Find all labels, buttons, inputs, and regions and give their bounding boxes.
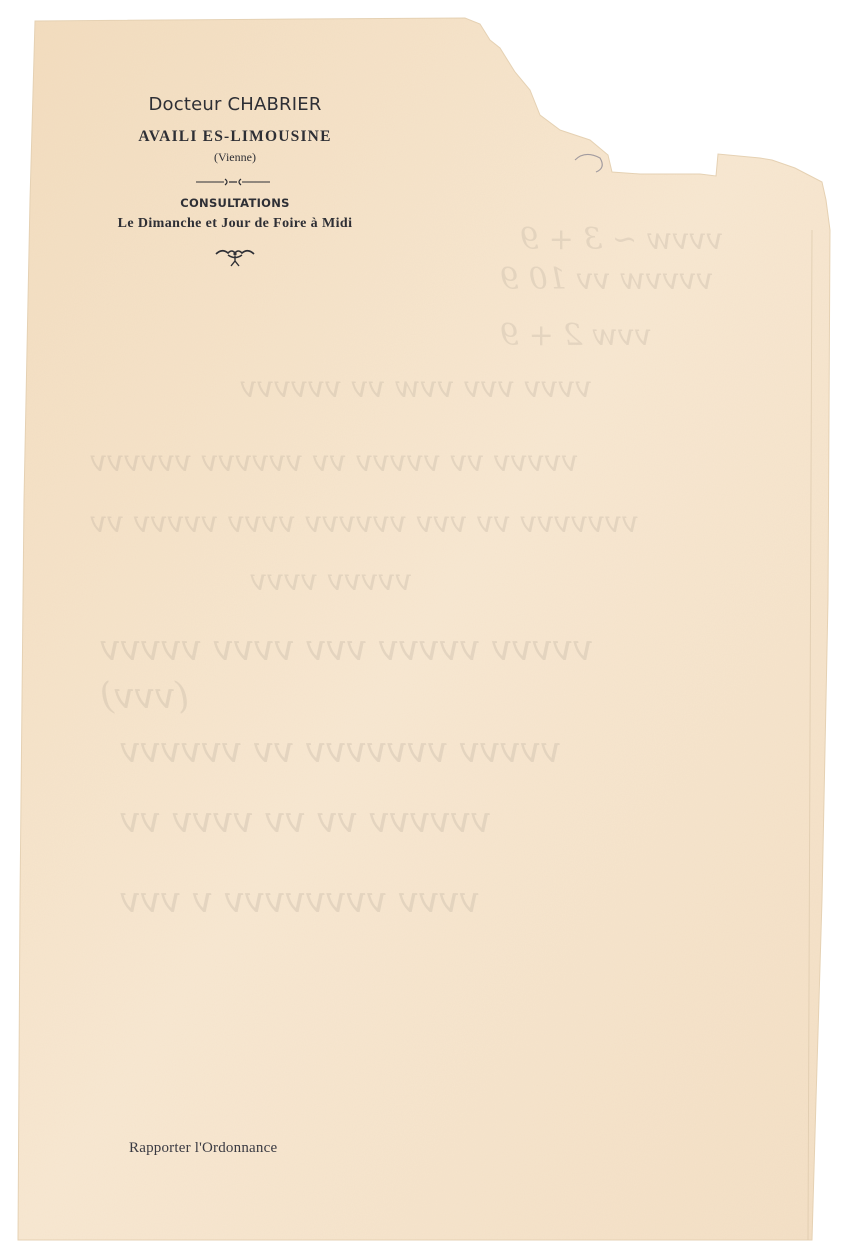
doctor-department: (Vienne) <box>0 150 470 165</box>
doctor-town: AVAILI ES-LIMOUSINE <box>0 128 470 146</box>
footer-note: Rapporter l'Ordonnance <box>129 1140 277 1157</box>
doctor-name: Docteur CHABRIER <box>0 94 470 115</box>
consultations-schedule: Le Dimanche et Jour de Foire à Midi <box>0 216 470 232</box>
ornamental-rule-icon <box>196 177 270 187</box>
consultations-heading: CONSULTATIONS <box>0 196 470 210</box>
floral-ornament-icon <box>214 246 256 268</box>
